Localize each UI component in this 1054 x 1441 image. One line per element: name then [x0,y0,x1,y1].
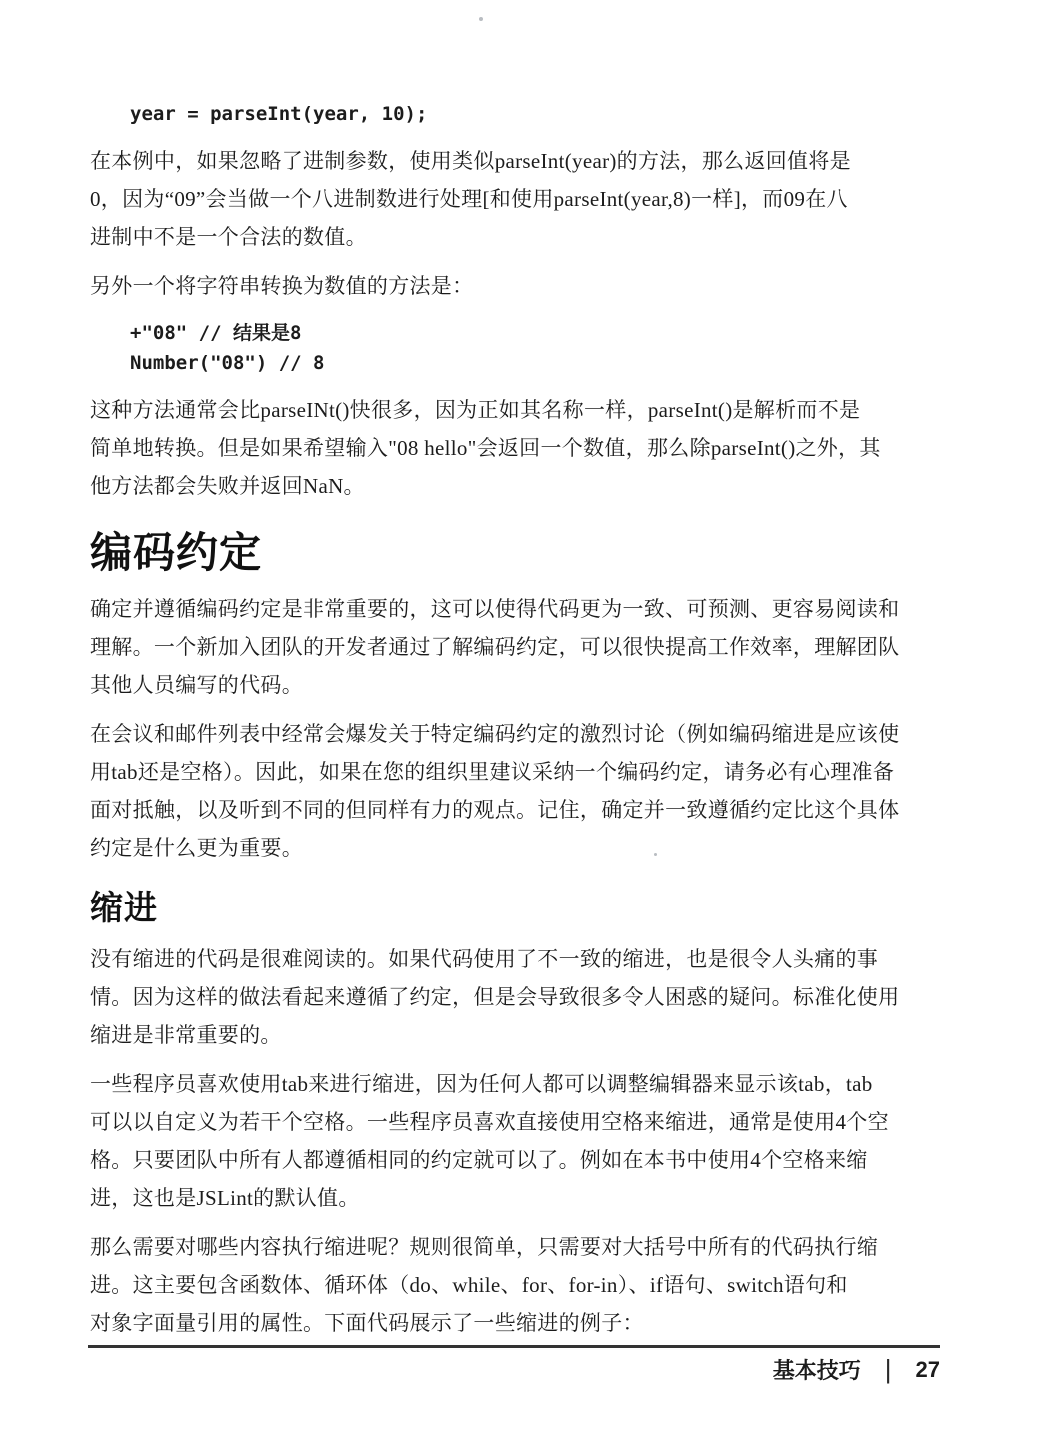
section-heading-coding-conventions: 编码约定 [90,527,938,579]
code-snippet-parseint: year = parseInt(year, 10); [90,99,938,129]
body-paragraph: 没有缩进的代码是很难阅读的。如果代码使用了不一致的缩进，也是很令人头痛的事 情。… [90,940,938,1054]
scan-artifact-dot [479,17,483,21]
body-paragraph: 这种方法通常会比parseINt()快很多，因为正如其名称一样，parseInt… [90,391,938,505]
body-paragraph: 一些程序员喜欢使用tab来进行缩进，因为任何人都可以调整编辑器来显示该tab，t… [90,1065,938,1217]
book-page: year = parseInt(year, 10); 在本例中，如果忽略了进制参… [0,0,1054,1441]
body-paragraph: 另外一个将字符串转换为数值的方法是： [90,267,938,305]
footer-separator: | [885,1354,892,1385]
page-footer: 基本技巧 | 27 [773,1354,940,1385]
code-snippet-number-conversion: +"08" // 结果是8 Number("08") // 8 [90,318,938,378]
subsection-heading-indentation: 缩进 [90,887,938,929]
body-paragraph: 确定并遵循编码约定是非常重要的，这可以使得代码更为一致、可预测、更容易阅读和 理… [90,590,938,704]
footer-divider [88,1345,940,1348]
body-paragraph: 在会议和邮件列表中经常会爆发关于特定编码约定的激烈讨论（例如编码缩进是应该使 用… [90,715,938,867]
footer-section-title: 基本技巧 [773,1354,861,1385]
body-paragraph: 那么需要对哪些内容执行缩进呢？规则很简单，只需要对大括号中所有的代码执行缩 进。… [90,1228,938,1342]
footer-page-number: 27 [916,1357,940,1383]
page-content: year = parseInt(year, 10); 在本例中，如果忽略了进制参… [90,86,938,1353]
body-paragraph: 在本例中，如果忽略了进制参数，使用类似parseInt(year)的方法，那么返… [90,142,938,256]
